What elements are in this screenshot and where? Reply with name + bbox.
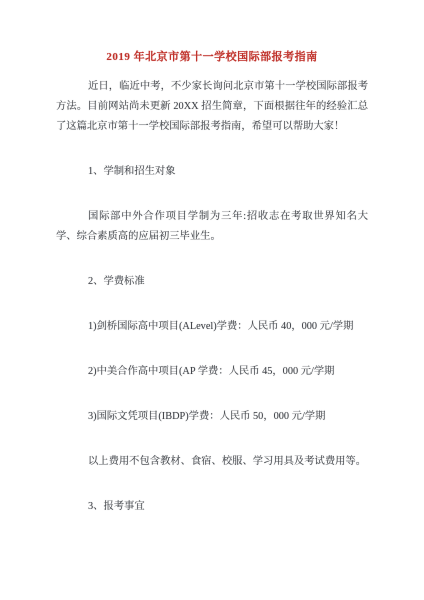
section-1-heading: 1、学制和招生对象 <box>56 162 368 182</box>
section-2-heading: 2、学费标准 <box>56 272 368 292</box>
fee-item-alevel: 1)剑桥国际高中项目(ALevel)学费：人民币 40，000 元/学期 <box>56 317 368 337</box>
fee-note: 以上费用不包含教材、食宿、校服、学习用具及考试费用等。 <box>56 452 368 472</box>
document-title: 2019 年北京市第十一学校国际部报考指南 <box>56 46 368 68</box>
fee-item-ibdp: 3)国际文凭项目(IBDP)学费：人民币 50，000 元/学期 <box>56 407 368 427</box>
section-3-heading: 3、报考事宜 <box>56 497 368 517</box>
fee-item-ap: 2)中美合作高中项目(AP 学费：人民币 45，000 元/学期 <box>56 362 368 382</box>
document-page: 2019 年北京市第十一学校国际部报考指南 近日，临近中考，不少家长询问北京市第… <box>0 0 424 600</box>
section-1-paragraph: 国际部中外合作项目学制为三年:招收志在考取世界知名大学、综合素质高的应届初三毕业… <box>56 207 368 247</box>
intro-paragraph: 近日，临近中考，不少家长询问北京市第十一学校国际部报考方法。目前网站尚未更新 2… <box>56 77 368 137</box>
